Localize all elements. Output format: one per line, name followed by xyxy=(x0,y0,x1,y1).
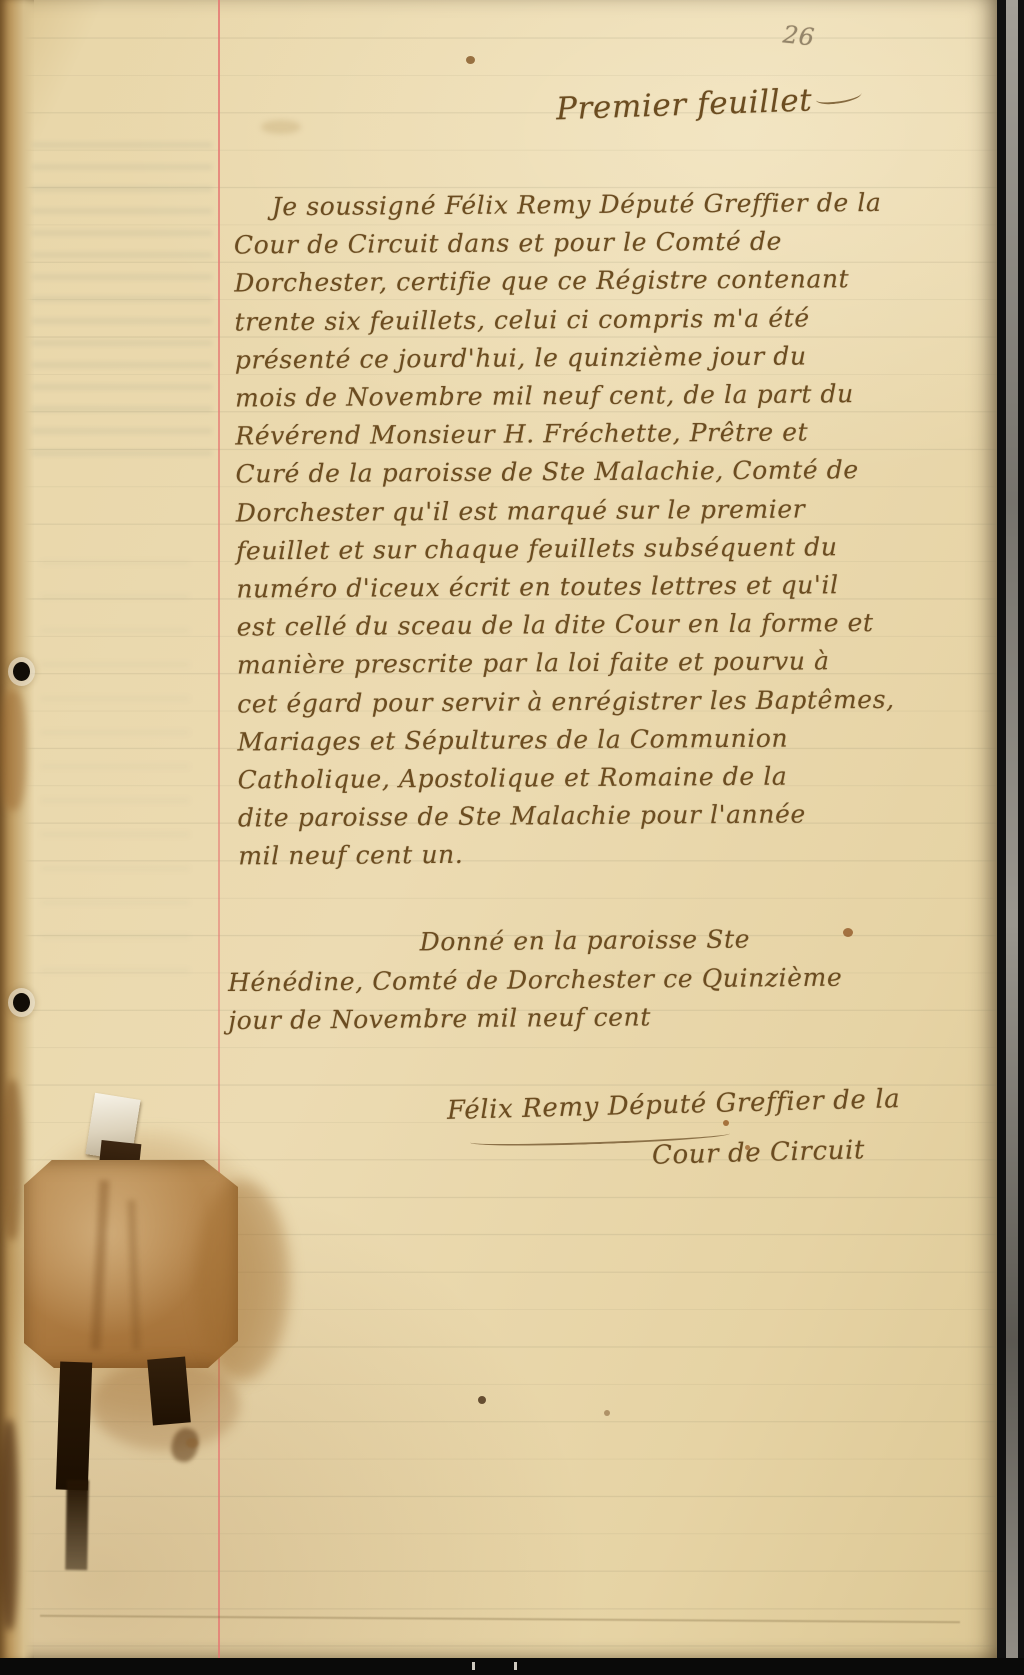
stain-spot xyxy=(478,1396,486,1404)
manuscript-line: mois de Novembre mil neuf cent, de la pa… xyxy=(235,375,935,418)
manuscript-line: dite paroisse de Ste Malachie pour l'ann… xyxy=(238,795,938,838)
scanner-background-right xyxy=(997,0,1024,1675)
manuscript-line: Cour de Circuit dans et pour le Comté de xyxy=(234,222,934,265)
manuscript-line: mil neuf cent un. xyxy=(238,833,938,876)
stain-spot xyxy=(466,56,475,64)
manuscript-paper: 26 Premier feuillet Je soussigné Félix R… xyxy=(0,0,997,1660)
page-number: 26 xyxy=(782,20,817,51)
punch-hole xyxy=(13,662,30,681)
seal-ribbon xyxy=(147,1356,191,1425)
scale-tick xyxy=(472,1662,475,1670)
stain-spot xyxy=(261,120,301,134)
certification-paragraph: Je soussigné Félix Remy Député Greffier … xyxy=(234,184,939,877)
manuscript-line: jour de Novembre mil neuf cent xyxy=(228,996,928,1041)
manuscript-line: feuillet et sur chaque feuillets subséqu… xyxy=(236,527,936,570)
manuscript-line: est cellé du sceau de la dite Cour en la… xyxy=(237,604,937,647)
seal-stain xyxy=(195,1180,290,1380)
manuscript-line: Dorchester qu'il est marqué sur le premi… xyxy=(236,489,936,532)
scanner-background-bottom xyxy=(0,1658,1024,1675)
manuscript-line: Hénédine, Comté de Dorchester ce Quinziè… xyxy=(228,957,928,1002)
title-flourish xyxy=(816,87,863,106)
scale-tick xyxy=(514,1662,517,1670)
ink-showthrough xyxy=(40,560,190,980)
seal-ribbon xyxy=(56,1361,92,1490)
punch-hole xyxy=(13,993,30,1012)
signature-office: Cour de Circuit xyxy=(652,1135,866,1171)
stain-spot xyxy=(723,1120,729,1126)
manuscript-line: Catholique, Apostolique et Romaine de la xyxy=(238,757,938,800)
edge-stain xyxy=(0,690,26,810)
scanned-register-page: 26 Premier feuillet Je soussigné Félix R… xyxy=(0,0,1024,1675)
stain-spot xyxy=(843,928,853,937)
manuscript-line: Je soussigné Félix Remy Député Greffier … xyxy=(234,184,934,227)
ink-showthrough xyxy=(32,142,212,472)
manuscript-line: manière prescrite par la loi faite et po… xyxy=(237,642,937,685)
stain-spot xyxy=(745,1145,750,1150)
manuscript-line: cet égard pour servir à enrégistrer les … xyxy=(237,680,937,723)
book-edge xyxy=(1006,0,1018,1675)
manuscript-line: Curé de la paroisse de Ste Malachie, Com… xyxy=(235,451,935,494)
stain-spot xyxy=(604,1410,610,1416)
binding-edge xyxy=(0,0,34,1660)
manuscript-line: Dorchester, certifie que ce Régistre con… xyxy=(234,260,934,303)
manuscript-line: numéro d'iceux écrit en toutes lettres e… xyxy=(236,566,936,609)
manuscript-line: Révérend Monsieur H. Fréchette, Prêtre e… xyxy=(235,413,935,456)
manuscript-line: présenté ce jourd'hui, le quinzième jour… xyxy=(235,336,935,379)
dation-paragraph: Donné en la paroisse Ste Hénédine, Comté… xyxy=(228,919,929,1041)
manuscript-line: Mariages et Sépultures de la Communion xyxy=(237,718,937,761)
seal-ribbon xyxy=(65,1480,89,1570)
edge-stain xyxy=(0,1420,18,1630)
manuscript-line: trente six feuillets, celui ci compris m… xyxy=(234,298,934,341)
manuscript-line: Donné en la paroisse Ste xyxy=(228,919,928,964)
stain-spot xyxy=(186,1438,198,1448)
